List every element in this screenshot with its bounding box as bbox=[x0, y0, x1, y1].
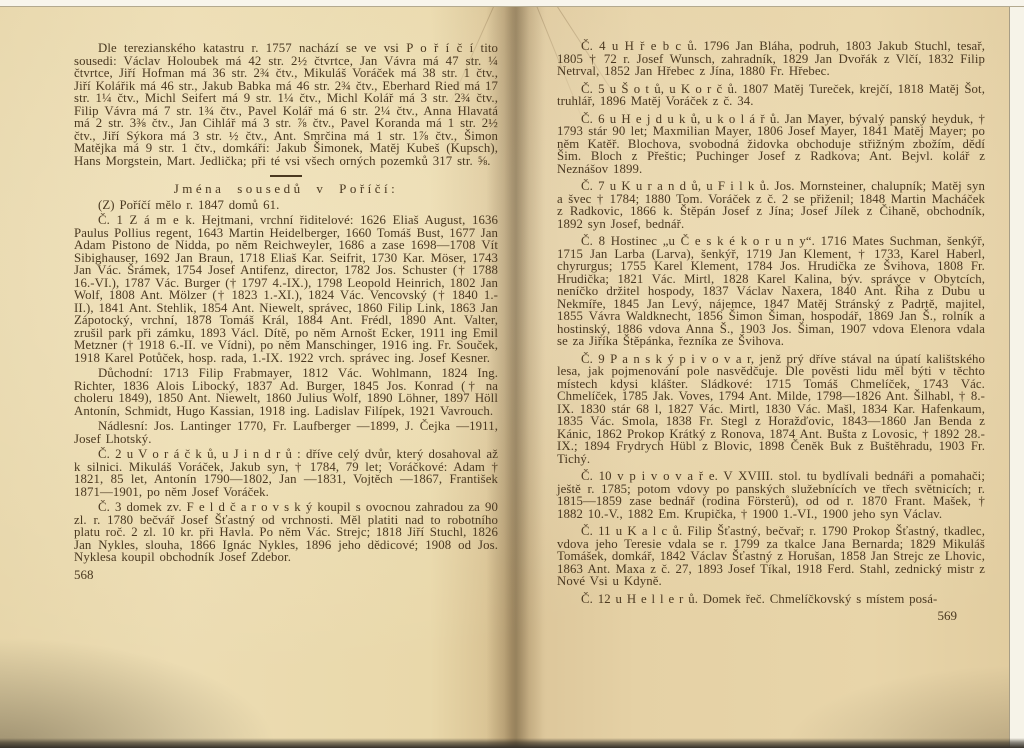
paragraph-c4-hrebcu: Č. 4 u H ř e b c ů. 1796 Jan Bláha, podr… bbox=[557, 40, 985, 78]
scan-shadow-bottom-right bbox=[764, 658, 1024, 748]
section-heading: Jména sousedů v Poříčí: bbox=[74, 183, 498, 196]
left-page: Dle terezianského katastru r. 1757 nachá… bbox=[74, 42, 498, 581]
book-scan-spread: Dle terezianského katastru r. 1757 nachá… bbox=[0, 0, 1024, 748]
paragraph-duchodni: Důchodní: 1713 Filip Frabmayer, 1812 Vác… bbox=[74, 367, 498, 417]
paragraph-c10-v-pivovare: Č. 10 v p i v o v a ř e. V XVIII. stol. … bbox=[557, 470, 985, 520]
paragraph-c3-feldcarovsky: Č. 3 domek zv. F e l d č a r o v s k ý k… bbox=[74, 501, 498, 564]
intro-paragraph: Dle terezianského katastru r. 1757 nachá… bbox=[74, 42, 498, 167]
paragraph-c6-hejduku: Č. 6 u H e j d u k ů, u k o l á ř ů. Jan… bbox=[557, 113, 985, 176]
scanner-margin-top bbox=[0, 0, 1024, 7]
paragraph-nadlesni: Nádlesní: Jos. Lantinger 1770, Fr. Laufb… bbox=[74, 420, 498, 445]
scan-shadow-bottom-left bbox=[0, 628, 300, 748]
paragraph-c12-helleru: Č. 12 u H e l l e r ů. Domek řeč. Chmelí… bbox=[557, 593, 985, 606]
page-number-left: 568 bbox=[74, 569, 498, 582]
paragraph-c8-hostinec: Č. 8 Hostinec „u Č e s k é k o r u n y“.… bbox=[557, 235, 985, 348]
scanner-margin-bottom bbox=[0, 738, 1024, 748]
paragraph-c11-kalcu: Č. 11 u K a l c ů. Filip Šťastný, bečvař… bbox=[557, 525, 985, 588]
paragraph-c7-kurandu: Č. 7 u K u r a n d ů, u F i l k ů. Jos. … bbox=[557, 180, 985, 230]
section-divider bbox=[270, 175, 302, 177]
right-page: Č. 4 u H ř e b c ů. 1796 Jan Bláha, podr… bbox=[557, 40, 985, 623]
paragraph-c5-sotu: Č. 5 u Š o t ů, u K o r č ů. 1807 Matěj … bbox=[557, 83, 985, 108]
scanner-margin-right bbox=[1009, 0, 1024, 748]
page-number-right: 569 bbox=[557, 610, 985, 623]
paragraph-c2-vorackuv: Č. 2 u V o r á č k ů, u J i n d r ů : dř… bbox=[74, 448, 498, 498]
paragraph-c9-pansky-pivovar: Č. 9 P a n s k ý p i v o v a r, jenž prý… bbox=[557, 353, 985, 466]
paragraph-c1-zamek: Č. 1 Z á m e k. Hejtmani, vrchní řiditel… bbox=[74, 214, 498, 364]
paragraph-z-note: (Z) Poříčí mělo r. 1847 domů 61. bbox=[74, 199, 498, 212]
